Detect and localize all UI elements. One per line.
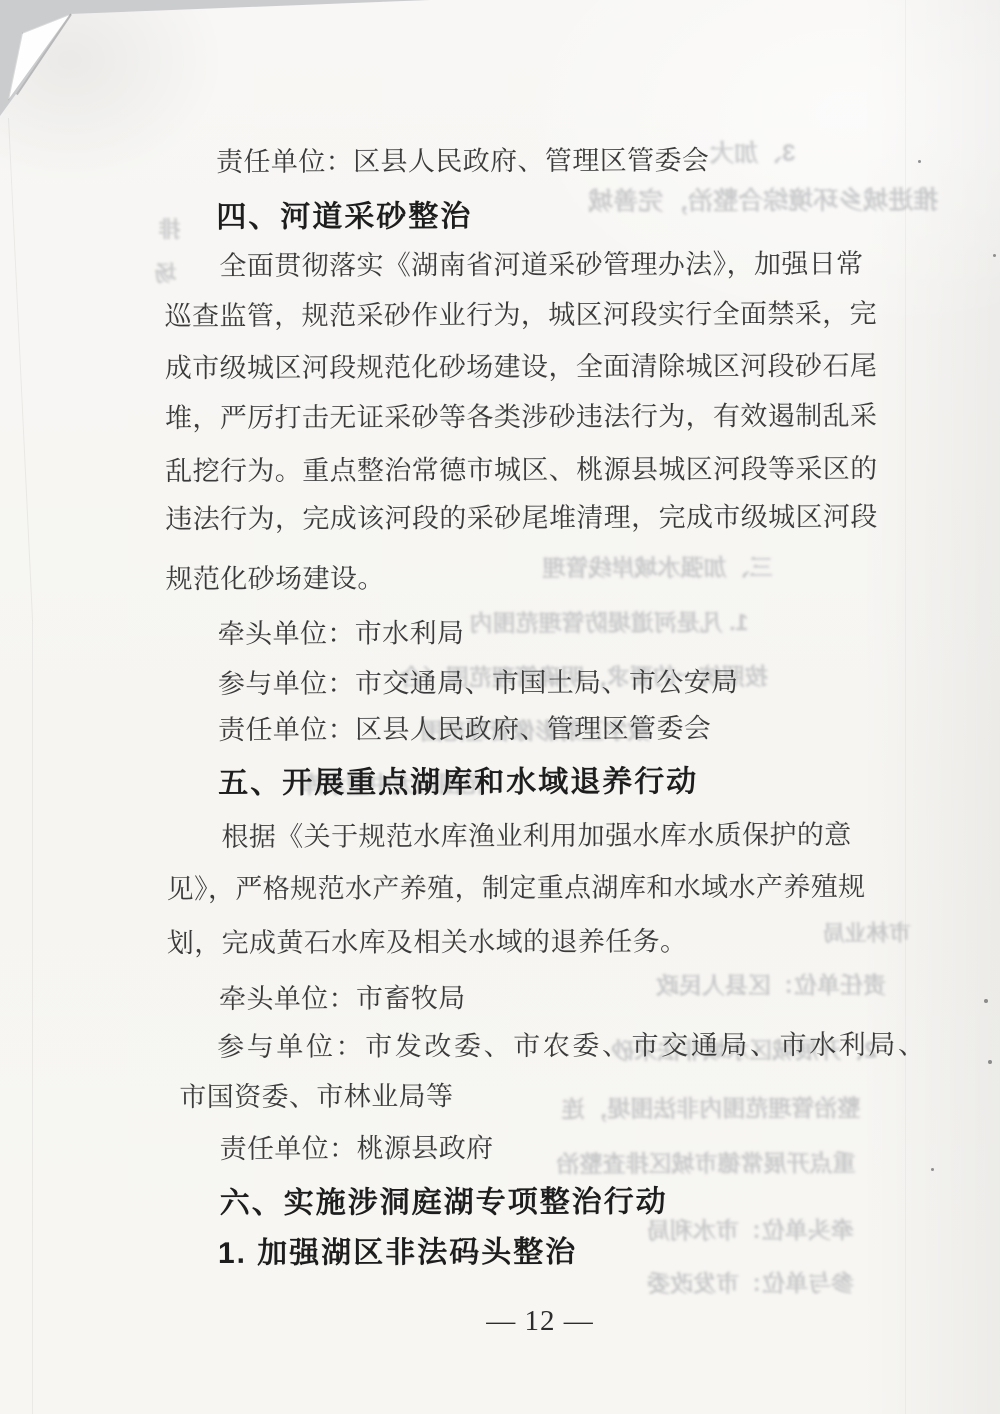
text-line: 责任单位：区县人民政府、管理区管委会 (218, 715, 711, 744)
dust-speck (988, 1060, 992, 1064)
scanned-document-screenshot: { "page": { "background_color": "#cbccce… (0, 0, 1000, 1414)
dust-speck (931, 1168, 934, 1171)
dust-speck (984, 999, 988, 1003)
text-line: 违法行为，完成该河段的采砂尾堆清理，完成市级城区河段 (165, 504, 877, 533)
text-line: 划，完成黄石水库及相关水域的退养任务。 (167, 928, 688, 957)
text-line: 参与单位：市发改委、市农委、市交通局、市水利局、 (217, 1032, 927, 1061)
text-line: 1. 加强湖区非法码头整治 (218, 1238, 577, 1269)
text-line: 全面贯彻落实《湖南省河道采砂管理办法》，加强日常 (219, 251, 863, 280)
text-line: 堆，严厉打击无证采砂等各类涉砂违法行为，有效遏制乱采 (165, 403, 877, 432)
text-line: 五、开展重点湖库和水域退养行动 (218, 767, 698, 799)
document-text: 责任单位：区县人民政府、管理区管委会四、河道采砂整治全面贯彻落实《湖南省河道采砂… (0, 0, 1000, 1414)
text-line: 六、实施涉洞庭湖专项整治行动 (220, 1187, 668, 1219)
text-line: 责任单位：桃源县政府 (219, 1135, 493, 1163)
text-line: 牵头单位：市畜牧局 (219, 985, 466, 1013)
text-line: 市国资委、市林业局等 (179, 1083, 453, 1111)
dust-speck (918, 160, 921, 163)
text-line: 牵头单位：市水利局 (218, 620, 465, 648)
text-line: 成市级城区河段规范化砂场建设，全面清除城区河段砂石尾 (165, 353, 877, 382)
text-line: 见》，严格规范水产养殖，制定重点湖库和水域水产养殖规 (167, 874, 866, 903)
text-line: 根据《关于规范水库渔业利用加强水库水质保护的意 (221, 822, 851, 851)
text-line: 规范化砂场建设。 (166, 565, 385, 593)
text-line: 乱挖行为。重点整治常德市城区、桃源县城区河段等采区的 (165, 456, 877, 485)
text-line: 参与单位：市交通局、市国土局、市公安局 (218, 669, 739, 698)
dust-speck (993, 254, 996, 257)
text-line: 巡查监管，规范采砂作业行为，城区河段实行全面禁采，完 (165, 301, 877, 330)
text-line: 责任单位：区县人民政府、管理区管委会 (216, 147, 709, 176)
text-line: 四、河道采砂整治 (216, 202, 472, 233)
page-number: — 12 — (486, 1305, 594, 1338)
